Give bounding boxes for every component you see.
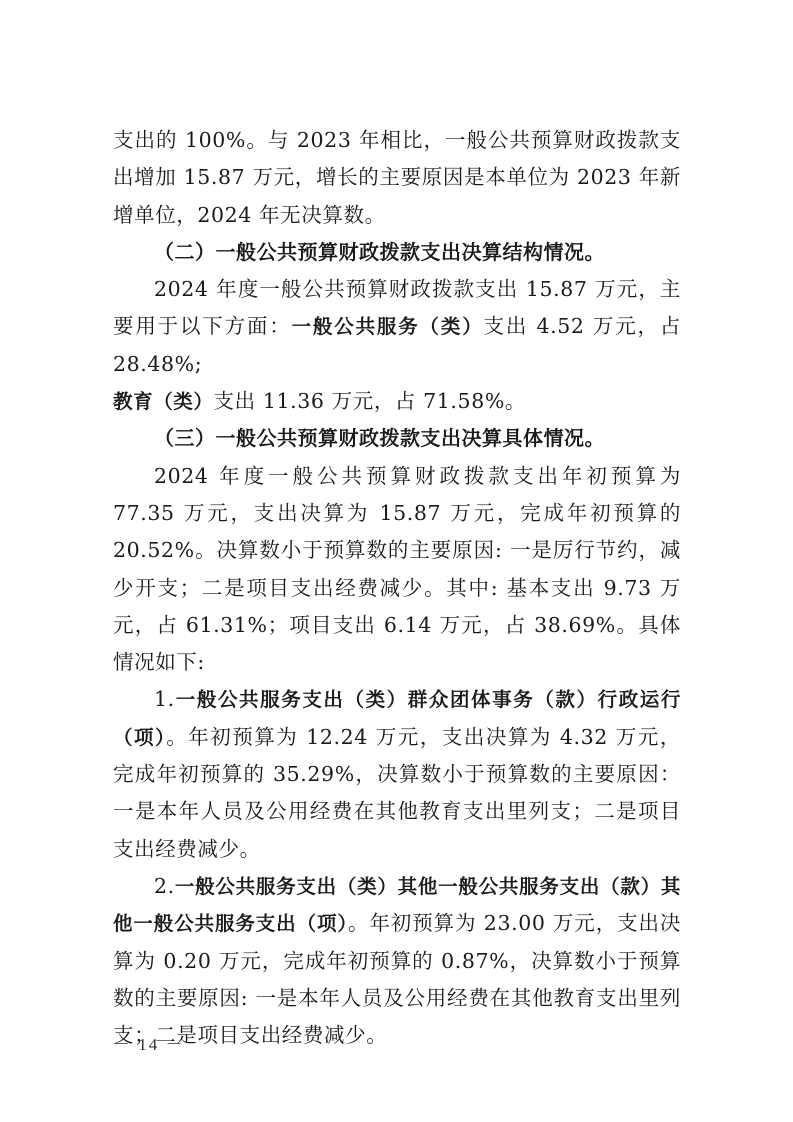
item-2: 2.一般公共服务支出（类）其他一般公共服务支出（款）其他一般公共服务支出（项）。… bbox=[113, 868, 681, 1054]
paragraph-summary: 2024 年度一般公共预算财政拨款支出年初预算为 77.35 万元，支出决算为 … bbox=[113, 458, 681, 682]
paragraph-structure: 2024 年度一般公共预算财政拨款支出 15.87 万元，主要用于以下方面：一般… bbox=[113, 271, 681, 420]
category-education: 教育（类） bbox=[113, 390, 214, 413]
category-general-public-services: 一般公共服务（类） bbox=[292, 315, 484, 338]
item-number: 2. bbox=[154, 874, 175, 898]
page-number: － 14 － bbox=[113, 1030, 185, 1055]
document-page: 支出的 100%。与 2023 年相比，一般公共预算财政拨款支出增加 15.87… bbox=[113, 122, 681, 1054]
item-text: 。年初预算为 12.24 万元，支出决算为 4.32 万元，完成年初预算的 35… bbox=[113, 725, 681, 861]
item-number: 1. bbox=[154, 687, 175, 711]
item-1: 1.一般公共服务支出（类）群众团体事务（款）行政运行（项）。年初预算为 12.2… bbox=[113, 681, 681, 867]
text: 支出 11.36 万元，占 71.58%。 bbox=[214, 389, 527, 413]
section-heading-3: （三）一般公共预算财政拨款支出决算具体情况。 bbox=[113, 420, 681, 457]
section-heading-2: （二）一般公共预算财政拨款支出决算结构情况。 bbox=[113, 234, 681, 271]
paragraph-continuation: 支出的 100%。与 2023 年相比，一般公共预算财政拨款支出增加 15.87… bbox=[113, 122, 681, 234]
